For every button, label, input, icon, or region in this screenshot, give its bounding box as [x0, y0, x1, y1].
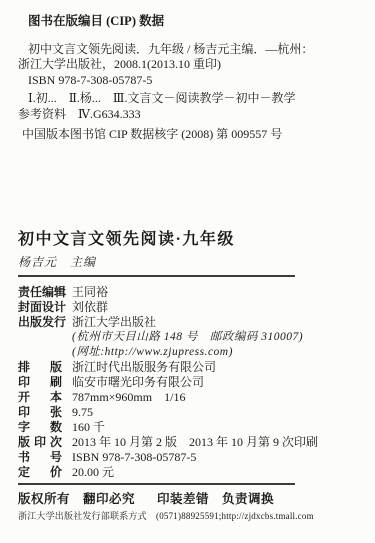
- exchange-notice: 印装差错 负责调换: [157, 492, 274, 506]
- row-label: 定价: [18, 465, 62, 480]
- row-value: 160 千: [72, 420, 357, 435]
- row-label: 开本: [18, 390, 62, 405]
- row-value: (网址:http://www.zjupress.com): [72, 345, 357, 360]
- title-block: 初中文言文领先阅读·九年级 杨吉元 主编: [18, 231, 357, 269]
- row-label: [18, 345, 62, 360]
- row-label: 排版: [18, 360, 62, 375]
- row-value: 王同裕: [72, 285, 357, 300]
- colophon-row-cover-design: 封面设计 刘依群: [18, 300, 357, 315]
- row-label: 封面设计: [18, 300, 62, 315]
- row-label: 字数: [18, 420, 62, 435]
- divider-top: [18, 275, 295, 277]
- row-value: 浙江时代出版服务有限公司: [72, 360, 357, 375]
- divider-bottom: [18, 483, 295, 485]
- cip-block: 图书在版编目 (CIP) 数据 初中文言文领先阅读．九年级 / 杨吉元主编．—杭…: [18, 14, 357, 143]
- cip-classification-line1: Ⅰ.初... Ⅱ.杨... Ⅲ.文言文－阅读教学－初中－教学: [28, 91, 357, 107]
- colophon-row-format: 开本 787mm×960mm 1/16: [18, 390, 357, 405]
- footer-notice: 版权所有 翻印必究印装差错 负责调换: [18, 492, 357, 507]
- cip-isbn: ISBN 978-7-308-05787-5: [28, 73, 357, 89]
- colophon-row-price: 定价 20.00 元: [18, 465, 357, 480]
- row-value: 临安市曙光印务有限公司: [72, 375, 357, 390]
- row-label: 书号: [18, 450, 62, 465]
- cip-record-number: 中国版本图书馆 CIP 数据核字 (2008) 第 009557 号: [22, 127, 357, 143]
- row-value: 20.00 元: [72, 465, 357, 480]
- cip-entry-line1: 初中文言文领先阅读．九年级 / 杨吉元主编．—杭州：: [28, 42, 357, 58]
- row-value: 刘依群: [72, 300, 357, 315]
- colophon-row-publisher: 出版发行 浙江大学出版社: [18, 315, 357, 330]
- row-value: (杭州市天目山路 148 号 邮政编码 310007): [72, 330, 357, 345]
- cip-heading: 图书在版编目 (CIP) 数据: [28, 14, 357, 30]
- colophon-row-sheets: 印张 9.75: [18, 405, 357, 420]
- row-value: 2013 年 10 月第 2 版 2013 年 10 月第 9 次印刷: [72, 435, 357, 450]
- row-label: 印张: [18, 405, 62, 420]
- colophon-row-printing: 印刷 临安市曙光印务有限公司: [18, 375, 357, 390]
- row-value: 787mm×960mm 1/16: [72, 390, 357, 405]
- book-title: 初中文言文领先阅读·九年级: [18, 231, 357, 249]
- row-value: ISBN 978-7-308-05787-5: [72, 450, 357, 465]
- footer-contact: 浙江大学出版社发行部联系方式 (0571)88925591;http://zjd…: [18, 511, 357, 522]
- colophon-row-publisher-website: (网址:http://www.zjupress.com): [18, 345, 357, 360]
- colophon-row-edition: 版印次 2013 年 10 月第 2 版 2013 年 10 月第 9 次印刷: [18, 435, 357, 450]
- editor-line: 杨吉元 主编: [18, 255, 357, 269]
- copyright-page: 图书在版编目 (CIP) 数据 初中文言文领先阅读．九年级 / 杨吉元主编．—杭…: [0, 0, 375, 543]
- colophon-row-word-count: 字数 160 千: [18, 420, 357, 435]
- cip-entry-line2: 浙江大学出版社，2008.1(2013.10 重印): [18, 57, 357, 73]
- colophon-row-publisher-address: (杭州市天目山路 148 号 邮政编码 310007): [18, 330, 357, 345]
- rights-notice: 版权所有 翻印必究: [18, 492, 135, 506]
- row-label: 责任编辑: [18, 285, 62, 300]
- row-label: [18, 330, 62, 345]
- colophon: 责任编辑 王同裕 封面设计 刘依群 出版发行 浙江大学出版社 (杭州市天目山路 …: [18, 285, 357, 480]
- colophon-row-editor: 责任编辑 王同裕: [18, 285, 357, 300]
- row-label: 版印次: [18, 435, 62, 450]
- row-value: 9.75: [72, 405, 357, 420]
- colophon-row-isbn: 书号 ISBN 978-7-308-05787-5: [18, 450, 357, 465]
- row-label: 印刷: [18, 375, 62, 390]
- colophon-row-typesetting: 排版 浙江时代出版服务有限公司: [18, 360, 357, 375]
- cip-classification-line2: 参考资料 Ⅳ.G634.333: [18, 107, 357, 123]
- row-value: 浙江大学出版社: [72, 315, 357, 330]
- row-label: 出版发行: [18, 315, 62, 330]
